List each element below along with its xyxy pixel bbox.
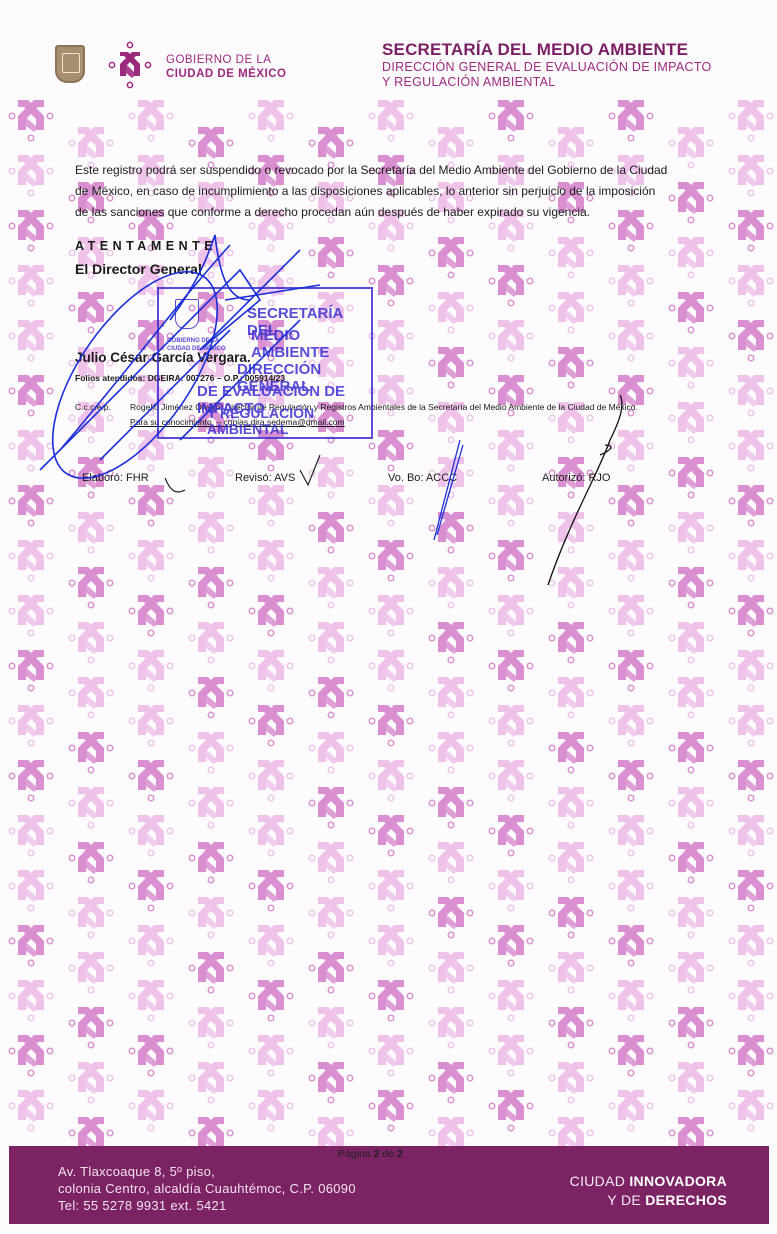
signer-position: El Director General — [75, 261, 202, 277]
page-label: Página — [338, 1148, 371, 1160]
stamp-line: MEDIO AMBIENTE — [251, 327, 371, 361]
address-line: Av. Tlaxcoaque 8, 5º piso, — [58, 1163, 356, 1180]
slogan-bold: INNOVADORA — [629, 1173, 727, 1189]
footer-slogan: CIUDAD INNOVADORA Y DE DERECHOS — [570, 1172, 727, 1210]
initials-elaboro: Elaboró: FHR — [82, 472, 149, 484]
slogan-light: CIUDAD — [570, 1173, 625, 1189]
stamp-small-line: GOBIERNO DE LA — [167, 337, 226, 345]
paragraph-line: Este registro podrá ser suspendido o rev… — [75, 160, 715, 181]
address-phone: Tel: 55 5278 9931 ext. 5421 — [58, 1197, 356, 1214]
direccion-subtitle: DIRECCIÓN GENERAL DE EVALUACIÓN DE IMPAC… — [382, 60, 712, 90]
stamp-small-line: CIUDAD DE MÉXICO — [167, 345, 226, 353]
stamp-small-text: GOBIERNO DE LA CIUDAD DE MÉXICO — [167, 337, 226, 353]
page-indicator: Página 2 de 2 — [338, 1148, 403, 1160]
stamp-seal-icon — [175, 299, 199, 329]
coat-of-arms-icon — [55, 45, 85, 83]
initials-autorizo: Autorizó: RJO — [542, 472, 610, 484]
page-current: 2 — [374, 1148, 380, 1160]
direccion-line-2: Y REGULACIÓN AMBIENTAL — [382, 75, 712, 90]
ccp-label: C.c.c.e.p. — [75, 402, 111, 412]
page-of: de — [382, 1148, 394, 1160]
stamp-line: Y REGULACIÓN AMBIENTAL — [207, 405, 371, 437]
footer-address: Av. Tlaxcoaque 8, 5º piso, colonia Centr… — [58, 1163, 356, 1214]
address-line: colonia Centro, alcaldía Cuauhtémoc, C.P… — [58, 1180, 356, 1197]
direccion-line-1: DIRECCIÓN GENERAL DE EVALUACIÓN DE IMPAC… — [382, 60, 712, 75]
slogan-bold: DERECHOS — [645, 1192, 727, 1208]
page-total: 2 — [397, 1148, 403, 1160]
secretaria-title: SECRETARÍA DEL MEDIO AMBIENTE — [382, 40, 688, 60]
slogan-light: Y DE — [607, 1192, 641, 1208]
paragraph-line: de las sanciones que conforme a derecho … — [75, 202, 715, 223]
closing-atentamente: ATENTAMENTE — [75, 239, 217, 253]
government-name: GOBIERNO DE LA CIUDAD DE MÉXICO — [166, 53, 286, 81]
initials-reviso: Revisó: AVS — [235, 472, 295, 484]
gov-line-2: CIUDAD DE MÉXICO — [166, 67, 286, 81]
official-stamp: GOBIERNO DE LA CIUDAD DE MÉXICO SECRETAR… — [157, 287, 373, 439]
cdmx-logo-icon — [108, 40, 152, 90]
revocation-paragraph: Este registro podrá ser suspendido o rev… — [75, 160, 715, 223]
initials-vobo: Vo. Bo: ACCC — [388, 472, 457, 484]
paragraph-line: de México, en caso de incumplimiento a l… — [75, 181, 715, 202]
gov-line-1: GOBIERNO DE LA — [166, 53, 286, 67]
